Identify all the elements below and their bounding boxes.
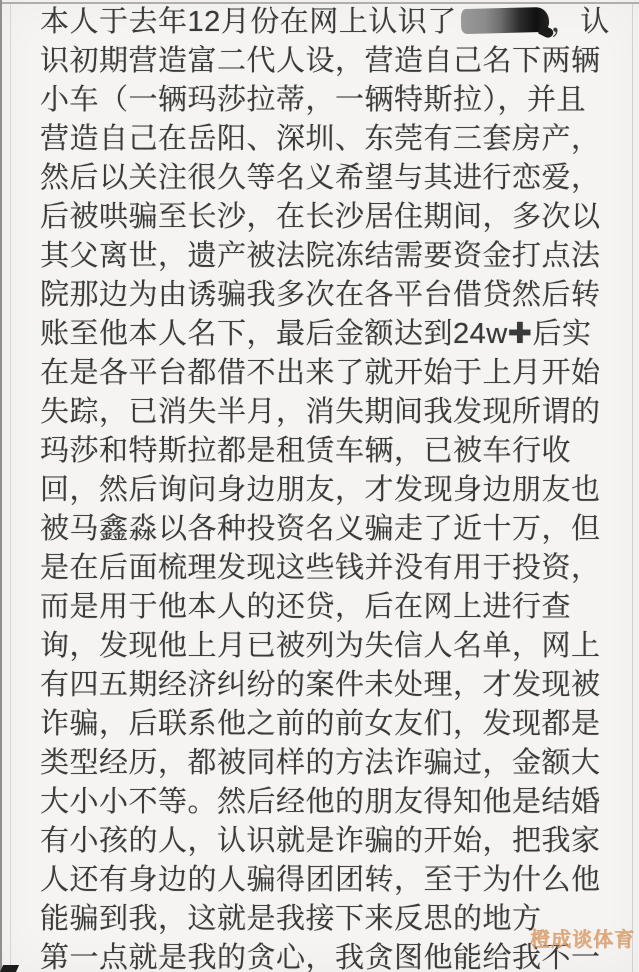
text-line: 第一点就是我的贪心，我贪图他能给我不一 xyxy=(40,939,615,972)
text-line: 回，然后询问身边朋友，才发现身边朋友也 xyxy=(40,471,615,510)
watermark: 橙成谈体育 xyxy=(530,923,635,952)
photo-edge-left xyxy=(10,4,11,972)
text-line: 玛莎和特斯拉都是租赁车辆，已被车行收 xyxy=(40,432,615,471)
line1-suffix: ，认 xyxy=(551,6,610,38)
text-line: 是在后面梳理发现这些钱并没有用于投资， xyxy=(40,549,615,588)
photo-edge-left-dark xyxy=(0,0,2,972)
text-line: 营造自己在岳阳、深圳、东莞有三套房产， xyxy=(40,120,615,159)
text-line: 其父离世，遗产被法院冻结需要资金打点法 xyxy=(40,237,615,276)
text-line: 有小孩的人，认识就是诈骗的开始，把我家 xyxy=(40,822,615,861)
post-text: 本人于去年12月份在网上认识了，认 识初期营造富二代人设，营造自己名下两辆小车（… xyxy=(40,3,615,972)
line1-prefix: 本人于去年12月份在网上认识了 xyxy=(40,6,457,38)
text-line: 院那边为由诱骗我多次在各平台借贷然后转 xyxy=(40,276,615,315)
text-line: 然后以关注很久等名义希望与其进行恋爱， xyxy=(40,159,615,198)
text-line: 询，发现他上月已被列为失信人名单，网上 xyxy=(40,627,615,666)
text-screenshot: 本人于去年12月份在网上认识了，认 识初期营造富二代人设，营造自己名下两辆小车（… xyxy=(0,0,639,972)
photo-edge-right xyxy=(632,4,633,972)
screenshot-root: { "colors":{ "bg":"#f5f4f2", "text":"#3a… xyxy=(0,0,639,972)
bottom-left-corner-mark xyxy=(0,965,19,972)
text-line: 小车（一辆玛莎拉蒂，一辆特斯拉），并且 xyxy=(40,81,615,120)
text-line: 能骗到我，这就是我接下来反思的地方 xyxy=(40,900,615,939)
text-line: 识初期营造富二代人设，营造自己名下两辆 xyxy=(40,42,615,81)
text-line-first: 本人于去年12月份在网上认识了，认 xyxy=(40,3,615,42)
text-line: 被马鑫淼以各种投资名义骗走了近十万，但 xyxy=(40,510,615,549)
text-line: 后被哄骗至长沙，在长沙居住期间，多次以 xyxy=(40,198,615,237)
text-line: 账至他本人名下，最后金额达到24w✚后实 xyxy=(40,315,615,354)
text-line: 失踪，已消失半月，消失期间我发现所谓的 xyxy=(40,393,615,432)
text-line: 在是各平台都借不出来了就开始于上月开始 xyxy=(40,354,615,393)
text-line: 人还有身边的人骗得团团转，至于为什么他 xyxy=(40,861,615,900)
text-line: 类型经历，都被同样的方法诈骗过，金额大 xyxy=(40,744,615,783)
text-line: 诈骗，后联系他之前的前女友们，发现都是 xyxy=(40,705,615,744)
text-line: 而是用于他本人的还贷，后在网上进行查 xyxy=(40,588,615,627)
redacted-name xyxy=(460,7,549,34)
post-body-lines: 识初期营造富二代人设，营造自己名下两辆小车（一辆玛莎拉蒂，一辆特斯拉），并且营造… xyxy=(40,42,615,972)
text-line: 大小小不等。然后经他的朋友得知他是结婚 xyxy=(40,783,615,822)
text-line: 有四五期经济纠纷的案件未处理，才发现被 xyxy=(40,666,615,705)
